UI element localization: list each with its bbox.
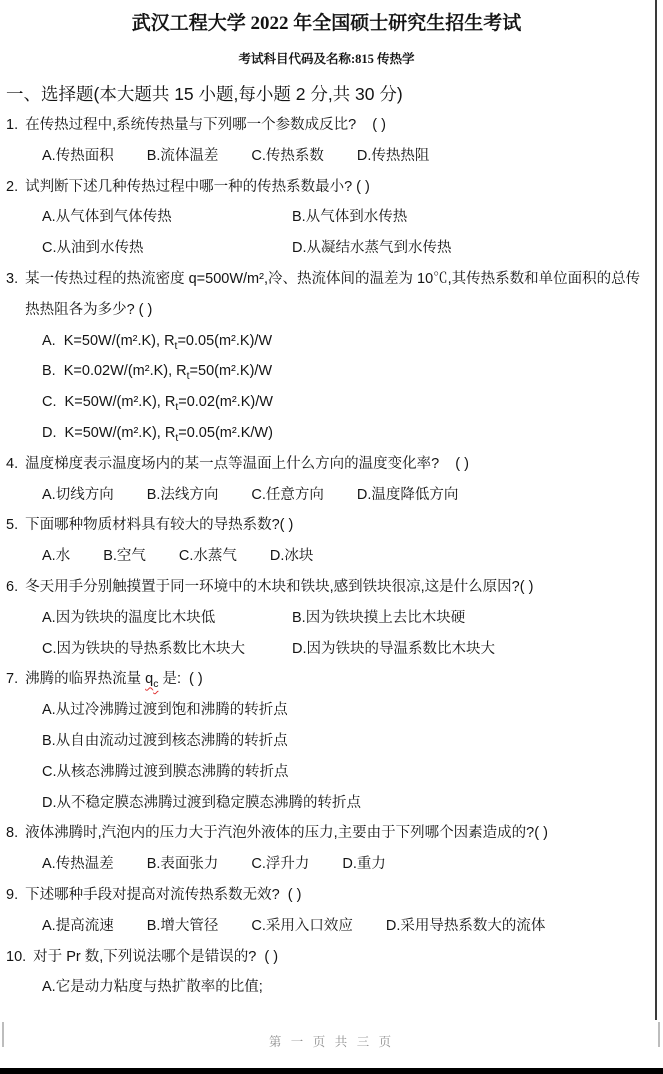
option-group: A.传热面积B.流体温差C.传热系数D.传热热阻: [42, 141, 647, 172]
text-segment: K=50W/(m².K), R: [56, 333, 175, 349]
question-stem-row: 10.对于 Pr 数,下列说法哪个是错误的? ( ): [6, 942, 647, 973]
question-number: 9.: [6, 880, 18, 911]
question-stem: 某一传热过程的热流密度 q=500W/m²,冷、热流体间的温差为 10℃,其传热…: [25, 264, 647, 326]
option: A.切线方向: [42, 480, 114, 511]
text-segment: =50(m².K)/W: [190, 363, 273, 379]
question-number: 5.: [6, 510, 18, 541]
option-label: D.: [270, 548, 285, 564]
option-label: A.: [42, 548, 56, 564]
option-label: D.: [292, 240, 307, 256]
page-right-edge: [655, 0, 657, 1020]
option-text: 从凝结水蒸气到水传热: [307, 240, 452, 256]
text-segment: =0.05(m².K)/W: [177, 333, 272, 349]
text-segment: 温度降低方向: [371, 487, 458, 503]
option-label: D.: [357, 148, 372, 164]
text-segment: 是: ( ): [158, 671, 202, 687]
option-text: K=50W/(m².K), Rt=0.05(m².K/W): [57, 425, 273, 441]
option-text: 传热热阻: [371, 148, 429, 164]
option-text: 传热面积: [56, 148, 114, 164]
question-stem-row: 2.试判断下述几种传热过程中哪一种的传热系数最小? ( ): [6, 172, 647, 203]
text-segment: 冰块: [284, 548, 313, 564]
text-segment: 法线方向: [160, 487, 218, 503]
question: 8.液体沸腾时,汽泡内的压力大于汽泡外液体的压力,主要由于下列哪个因素造成的?(…: [6, 818, 647, 880]
text-segment: 传热热阻: [371, 148, 429, 164]
option-label: B.: [292, 209, 306, 225]
option-label: C.: [251, 148, 266, 164]
question-stem-row: 9.下述哪种手段对提高对流传热系数无效? ( ): [6, 880, 647, 911]
question-stem-row: 1.在传热过程中,系统传热量与下列哪一个参数成反比? ( ): [6, 110, 647, 141]
option-text: 因为铁块的温度比木块低: [56, 610, 216, 626]
question-stem: 液体沸腾时,汽泡内的压力大于汽泡外液体的压力,主要由于下列哪个因素造成的?( ): [25, 818, 647, 849]
question-list: 1.在传热过程中,系统传热量与下列哪一个参数成反比? ( )A.传热面积B.流体…: [6, 110, 647, 1003]
page-content: 武汉工程大学 2022 年全国硕士研究生招生考试 考试科目代码及名称:815 传…: [0, 0, 663, 1003]
text-segment: =0.02(m².K)/W: [178, 394, 273, 410]
option-row: C.从核态沸腾过渡到膜态沸腾的转折点: [42, 757, 647, 788]
option-group: A.它是动力粘度与热扩散率的比值;: [42, 972, 647, 1003]
text-segment: 从过冷沸腾过渡到饱和沸腾的转折点: [56, 702, 288, 718]
option-text: 表面张力: [160, 856, 218, 872]
option: B.从自由流动过渡到核态沸腾的转折点: [42, 726, 288, 757]
question-stem: 在传热过程中,系统传热量与下列哪一个参数成反比? ( ): [25, 110, 647, 141]
option-row: A.提高流速B.增大管径C.采用入口效应D.采用导热系数大的流体: [42, 911, 647, 942]
option-group: A.从气体到气体传热B.从气体到水传热C.从油到水传热D.从凝结水蒸气到水传热: [42, 202, 647, 264]
question: 3.某一传热过程的热流密度 q=500W/m²,冷、热流体间的温差为 10℃,其…: [6, 264, 647, 449]
text-segment: 因为铁块摸上去比木块硬: [306, 610, 466, 626]
option-row: B. K=0.02W/(m².K), Rt=50(m².K)/W: [42, 356, 647, 387]
option-text: 从过冷沸腾过渡到饱和沸腾的转折点: [56, 702, 288, 718]
option-text: 从油到水传热: [57, 240, 144, 256]
question: 10.对于 Pr 数,下列说法哪个是错误的? ( )A.它是动力粘度与热扩散率的…: [6, 942, 647, 1004]
option: D.采用导热系数大的流体: [386, 911, 546, 942]
option-text: 任意方向: [266, 487, 324, 503]
option-text: 切线方向: [56, 487, 114, 503]
option-text: 空气: [117, 548, 146, 564]
text-segment: 从核态沸腾过渡到膜态沸腾的转折点: [57, 764, 289, 780]
option-label: A.: [42, 333, 56, 349]
text-segment: 因为铁块的导热系数比木块大: [57, 641, 246, 657]
text-segment: 传热面积: [56, 148, 114, 164]
option-row: A.传热温差B.表面张力C.浮升力D.重力: [42, 849, 647, 880]
option: A.从过冷沸腾过渡到饱和沸腾的转折点: [42, 695, 288, 726]
question-stem: 冬天用手分别触摸置于同一环境中的木块和铁块,感到铁块很凉,这是什么原因?( ): [25, 572, 647, 603]
section-heading: 一、选择题(本大题共 15 小题,每小题 2 分,共 30 分): [6, 82, 647, 106]
option: A.水: [42, 541, 70, 572]
option: C.水蒸气: [179, 541, 237, 572]
bottom-black-bar: [0, 1068, 663, 1074]
option: B.从气体到水传热: [292, 202, 407, 233]
option-text: 从自由流动过渡到核态沸腾的转折点: [56, 733, 288, 749]
option-label: B.: [42, 733, 56, 749]
text-segment: K=0.02W/(m².K), R: [56, 363, 187, 379]
text-segment: 重力: [357, 856, 386, 872]
text-segment: 从油到水传热: [57, 240, 144, 256]
option-text: 水: [56, 548, 71, 564]
option: A.它是动力粘度与热扩散率的比值;: [42, 972, 263, 1003]
text-segment: 下面哪种物质材料具有较大的导热系数?( ): [25, 517, 293, 533]
option-row: B.从自由流动过渡到核态沸腾的转折点: [42, 726, 647, 757]
option: A.传热温差: [42, 849, 114, 880]
option-label: A.: [42, 148, 56, 164]
text-segment: 温度梯度表示温度场内的某一点等温面上什么方向的温度变化率? ( ): [25, 456, 469, 472]
question-stem: 下面哪种物质材料具有较大的导热系数?( ): [25, 510, 647, 541]
option-label: A.: [42, 209, 56, 225]
text-segment: =0.05(m².K/W): [178, 425, 273, 441]
option-row: A.切线方向B.法线方向C.任意方向D.温度降低方向: [42, 480, 647, 511]
option-text: 从核态沸腾过渡到膜态沸腾的转折点: [57, 764, 289, 780]
option: D.冰块: [270, 541, 314, 572]
option: D.温度降低方向: [357, 480, 459, 511]
option-group: A.因为铁块的温度比木块低B.因为铁块摸上去比木块硬C.因为铁块的导热系数比木块…: [42, 603, 647, 665]
option-label: B.: [147, 148, 161, 164]
option: D.从凝结水蒸气到水传热: [292, 233, 452, 264]
question-stem: 下述哪种手段对提高对流传热系数无效? ( ): [25, 880, 647, 911]
option-text: 从气体到气体传热: [56, 209, 172, 225]
option-label: D.: [386, 918, 401, 934]
option-label: D.: [42, 795, 57, 811]
text-segment: 采用导热系数大的流体: [400, 918, 545, 934]
option-text: 温度降低方向: [371, 487, 458, 503]
text-segment: 从自由流动过渡到核态沸腾的转折点: [56, 733, 288, 749]
option-text: 重力: [357, 856, 386, 872]
text-segment: 采用入口效应: [266, 918, 353, 934]
option: C.因为铁块的导热系数比木块大: [42, 634, 292, 665]
option-label: C.: [251, 856, 266, 872]
question-number: 6.: [6, 572, 18, 603]
option-text: 传热温差: [56, 856, 114, 872]
option-text: 因为铁块的导温系数比木块大: [307, 641, 496, 657]
option-row: C. K=50W/(m².K), Rt=0.02(m².K)/W: [42, 387, 647, 418]
question-number: 4.: [6, 449, 18, 480]
option-text: 它是动力粘度与热扩散率的比值;: [56, 979, 263, 995]
option: B.法线方向: [147, 480, 219, 511]
question: 4.温度梯度表示温度场内的某一点等温面上什么方向的温度变化率? ( )A.切线方…: [6, 449, 647, 511]
text-segment: 从不稳定膜态沸腾过渡到稳定膜态沸腾的转折点: [57, 795, 362, 811]
text-segment: 浮升力: [266, 856, 310, 872]
question-stem-row: 7.沸腾的临界热流量 qc 是: ( ): [6, 664, 647, 695]
option-label: B.: [147, 918, 161, 934]
option-label: C.: [179, 548, 194, 564]
option: D.从不稳定膜态沸腾过渡到稳定膜态沸腾的转折点: [42, 788, 361, 819]
option-text: 从不稳定膜态沸腾过渡到稳定膜态沸腾的转折点: [57, 795, 362, 811]
option: B.流体温差: [147, 141, 219, 172]
text-segment: 从气体到气体传热: [56, 209, 172, 225]
option-text: 采用入口效应: [266, 918, 353, 934]
margin-mark-right: [658, 1022, 660, 1047]
option-label: D.: [42, 425, 57, 441]
text-segment: 提高流速: [56, 918, 114, 934]
option-label: D.: [357, 487, 372, 503]
option: A. K=50W/(m².K), Rt=0.05(m².K)/W: [42, 326, 272, 357]
text-segment: 任意方向: [266, 487, 324, 503]
text-segment: 因为铁块的导温系数比木块大: [307, 641, 496, 657]
option: D. K=50W/(m².K), Rt=0.05(m².K/W): [42, 418, 273, 449]
option: A.因为铁块的温度比木块低: [42, 603, 292, 634]
option-group: A.水B.空气C.水蒸气D.冰块: [42, 541, 647, 572]
option-text: K=50W/(m².K), Rt=0.02(m².K)/W: [57, 394, 273, 410]
question-stem-row: 5.下面哪种物质材料具有较大的导热系数?( ): [6, 510, 647, 541]
option-label: D.: [342, 856, 357, 872]
text-segment: 流体温差: [160, 148, 218, 164]
option-label: A.: [42, 610, 56, 626]
question-stem-row: 6.冬天用手分别触摸置于同一环境中的木块和铁块,感到铁块很凉,这是什么原因?( …: [6, 572, 647, 603]
option: C.传热系数: [251, 141, 324, 172]
option-label: C.: [42, 394, 57, 410]
option-group: A.切线方向B.法线方向C.任意方向D.温度降低方向: [42, 480, 647, 511]
text-segment: 对于 Pr 数,下列说法哪个是错误的? ( ): [33, 949, 278, 965]
option-text: K=0.02W/(m².K), Rt=50(m².K)/W: [56, 363, 272, 379]
option-label: C.: [42, 240, 57, 256]
exam-subject-line: 考试科目代码及名称:815 传热学: [6, 51, 647, 67]
question: 9.下述哪种手段对提高对流传热系数无效? ( )A.提高流速B.增大管径C.采用…: [6, 880, 647, 942]
option-text: 流体温差: [160, 148, 218, 164]
option: B.表面张力: [147, 849, 219, 880]
option-label: A.: [42, 918, 56, 934]
option-group: A.从过冷沸腾过渡到饱和沸腾的转折点B.从自由流动过渡到核态沸腾的转折点C.从核…: [42, 695, 647, 818]
option-row: D.从不稳定膜态沸腾过渡到稳定膜态沸腾的转折点: [42, 788, 647, 819]
text-segment: K=50W/(m².K), R: [57, 394, 176, 410]
question: 2.试判断下述几种传热过程中哪一种的传热系数最小? ( )A.从气体到气体传热B…: [6, 172, 647, 264]
text-segment: K=50W/(m².K), R: [57, 425, 176, 441]
option-text: 冰块: [284, 548, 313, 564]
option-text: 法线方向: [160, 487, 218, 503]
option-text: 浮升力: [266, 856, 310, 872]
option: C.采用入口效应: [251, 911, 353, 942]
option-text: 水蒸气: [193, 548, 237, 564]
question-stem-row: 4.温度梯度表示温度场内的某一点等温面上什么方向的温度变化率? ( ): [6, 449, 647, 480]
option-text: 增大管径: [160, 918, 218, 934]
option-row: A.它是动力粘度与热扩散率的比值;: [42, 972, 647, 1003]
question-number: 8.: [6, 818, 18, 849]
option: B.因为铁块摸上去比木块硬: [292, 603, 465, 634]
option-row: A.从气体到气体传热B.从气体到水传热: [42, 202, 647, 233]
text-segment: 切线方向: [56, 487, 114, 503]
question-number: 2.: [6, 172, 18, 203]
option: D.重力: [342, 849, 386, 880]
option-text: 从气体到水传热: [306, 209, 408, 225]
option: C. K=50W/(m².K), Rt=0.02(m².K)/W: [42, 387, 273, 418]
text-segment: 试判断下述几种传热过程中哪一种的传热系数最小? ( ): [25, 179, 370, 195]
question-number: 3.: [6, 264, 18, 326]
option-group: A. K=50W/(m².K), Rt=0.05(m².K)/WB. K=0.0…: [42, 326, 647, 449]
option-label: D.: [292, 641, 307, 657]
option-label: B.: [42, 363, 56, 379]
text-segment: 水蒸气: [193, 548, 237, 564]
option-label: B.: [147, 487, 161, 503]
text-segment: 某一传热过程的热流密度 q=500W/m²,冷、热流体间的温差为 10℃,其传热…: [25, 271, 640, 318]
option-row: C.因为铁块的导热系数比木块大D.因为铁块的导温系数比木块大: [42, 634, 647, 665]
option-text: K=50W/(m².K), Rt=0.05(m².K)/W: [56, 333, 272, 349]
option-label: C.: [251, 918, 266, 934]
option-row: C.从油到水传热D.从凝结水蒸气到水传热: [42, 233, 647, 264]
option-row: D. K=50W/(m².K), Rt=0.05(m².K/W): [42, 418, 647, 449]
option-row: A.因为铁块的温度比木块低B.因为铁块摸上去比木块硬: [42, 603, 647, 634]
question-number: 1.: [6, 110, 18, 141]
option: C.从核态沸腾过渡到膜态沸腾的转折点: [42, 757, 289, 788]
option: A.提高流速: [42, 911, 114, 942]
text-segment: 在传热过程中,系统传热量与下列哪一个参数成反比? ( ): [25, 117, 386, 133]
text-segment: 下述哪种手段对提高对流传热系数无效? ( ): [25, 887, 301, 903]
question: 6.冬天用手分别触摸置于同一环境中的木块和铁块,感到铁块很凉,这是什么原因?( …: [6, 572, 647, 664]
question-stem: 试判断下述几种传热过程中哪一种的传热系数最小? ( ): [25, 172, 647, 203]
option-label: A.: [42, 979, 56, 995]
question-number: 10.: [6, 942, 26, 973]
option-text: 传热系数: [266, 148, 324, 164]
text-segment: 从凝结水蒸气到水传热: [307, 240, 452, 256]
option: D.因为铁块的导温系数比木块大: [292, 634, 495, 665]
option: C.从油到水传热: [42, 233, 292, 264]
option-text: 提高流速: [56, 918, 114, 934]
option: B.增大管径: [147, 911, 219, 942]
question-stem-row: 8.液体沸腾时,汽泡内的压力大于汽泡外液体的压力,主要由于下列哪个因素造成的?(…: [6, 818, 647, 849]
option: D.传热热阻: [357, 141, 430, 172]
text-segment: 水: [56, 548, 71, 564]
option-label: A.: [42, 856, 56, 872]
question: 1.在传热过程中,系统传热量与下列哪一个参数成反比? ( )A.传热面积B.流体…: [6, 110, 647, 172]
text-segment: 沸腾的临界热流量: [25, 671, 145, 687]
option-row: A.从过冷沸腾过渡到饱和沸腾的转折点: [42, 695, 647, 726]
option: C.任意方向: [251, 480, 324, 511]
option: A.从气体到气体传热: [42, 202, 292, 233]
exam-page: 武汉工程大学 2022 年全国硕士研究生招生考试 考试科目代码及名称:815 传…: [0, 0, 663, 1074]
option-label: A.: [42, 487, 56, 503]
option-label: A.: [42, 702, 56, 718]
page-footer: 第 一 页 共 三 页: [0, 1032, 663, 1050]
text-segment: 冬天用手分别触摸置于同一环境中的木块和铁块,感到铁块很凉,这是什么原因?( ): [25, 579, 533, 595]
question-stem-row: 3.某一传热过程的热流密度 q=500W/m²,冷、热流体间的温差为 10℃,其…: [6, 264, 647, 326]
option-label: B.: [147, 856, 161, 872]
option-text: 因为铁块摸上去比木块硬: [306, 610, 466, 626]
option-group: A.传热温差B.表面张力C.浮升力D.重力: [42, 849, 647, 880]
option-row: A.传热面积B.流体温差C.传热系数D.传热热阻: [42, 141, 647, 172]
option-label: B.: [292, 610, 306, 626]
question-number: 7.: [6, 664, 18, 695]
question: 7.沸腾的临界热流量 qc 是: ( )A.从过冷沸腾过渡到饱和沸腾的转折点B.…: [6, 664, 647, 818]
option-row: A. K=50W/(m².K), Rt=0.05(m².K)/W: [42, 326, 647, 357]
text-segment: 增大管径: [160, 918, 218, 934]
option-text: 因为铁块的导热系数比木块大: [57, 641, 246, 657]
option-label: B.: [103, 548, 117, 564]
exam-title: 武汉工程大学 2022 年全国硕士研究生招生考试: [6, 0, 647, 37]
option-text: 采用导热系数大的流体: [400, 918, 545, 934]
option-row: A.水B.空气C.水蒸气D.冰块: [42, 541, 647, 572]
margin-mark-left: [2, 1022, 4, 1047]
question-stem: 温度梯度表示温度场内的某一点等温面上什么方向的温度变化率? ( ): [25, 449, 647, 480]
text-segment: 从气体到水传热: [306, 209, 408, 225]
text-segment: 传热温差: [56, 856, 114, 872]
question: 5.下面哪种物质材料具有较大的导热系数?( )A.水B.空气C.水蒸气D.冰块: [6, 510, 647, 572]
text-segment: 因为铁块的温度比木块低: [56, 610, 216, 626]
option: B.空气: [103, 541, 146, 572]
text-segment: 表面张力: [160, 856, 218, 872]
text-segment: 传热系数: [266, 148, 324, 164]
option-label: C.: [42, 641, 57, 657]
option-label: C.: [42, 764, 57, 780]
option-label: C.: [251, 487, 266, 503]
question-stem: 沸腾的临界热流量 qc 是: ( ): [25, 664, 647, 695]
text-segment: 液体沸腾时,汽泡内的压力大于汽泡外液体的压力,主要由于下列哪个因素造成的?( ): [25, 825, 548, 841]
text-segment: 它是动力粘度与热扩散率的比值;: [56, 979, 263, 995]
option: A.传热面积: [42, 141, 114, 172]
text-segment: q: [145, 671, 153, 687]
text-segment: 空气: [117, 548, 146, 564]
option-group: A.提高流速B.增大管径C.采用入口效应D.采用导热系数大的流体: [42, 911, 647, 942]
question-stem: 对于 Pr 数,下列说法哪个是错误的? ( ): [33, 942, 647, 973]
option: B. K=0.02W/(m².K), Rt=50(m².K)/W: [42, 356, 272, 387]
option: C.浮升力: [251, 849, 309, 880]
